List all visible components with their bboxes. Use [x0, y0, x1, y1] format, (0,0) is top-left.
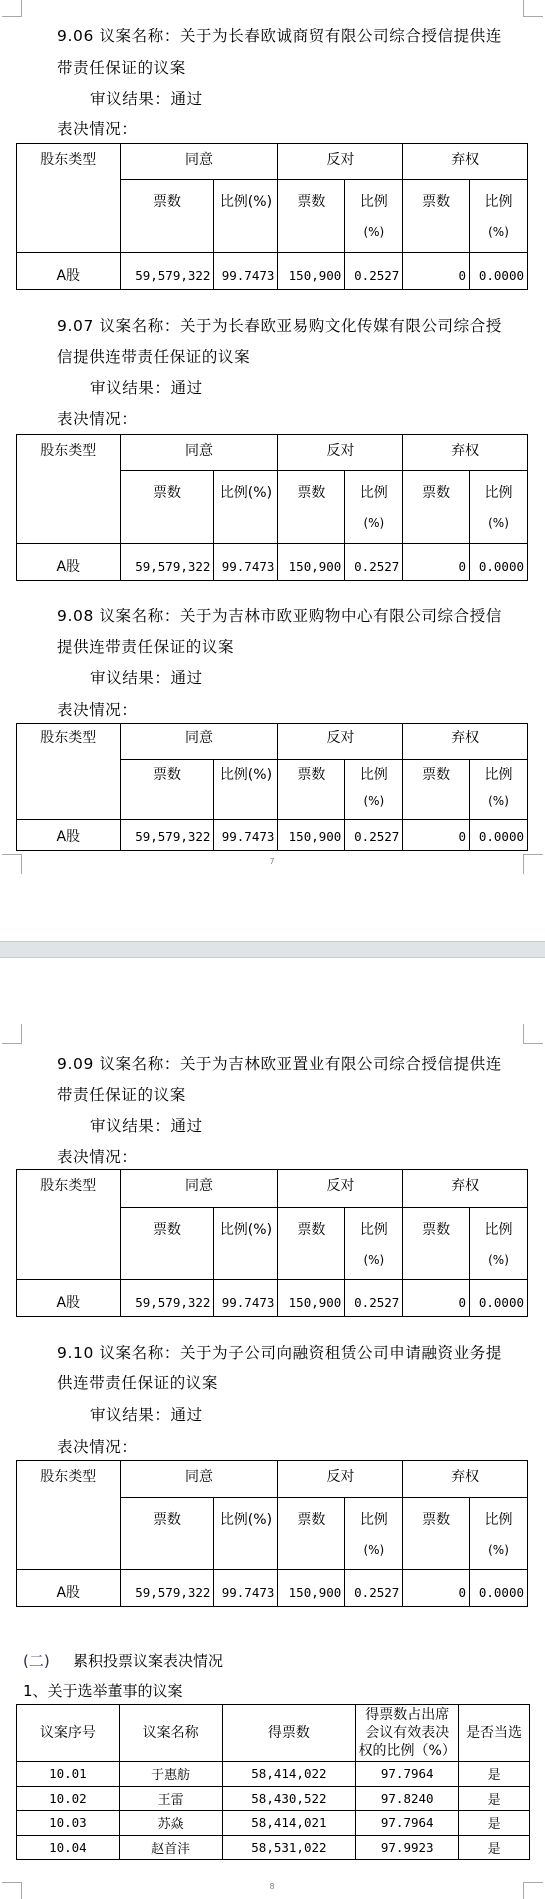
table-row: A股 59,579,322 99.7473 150,900 0.2527 0 0… [17, 820, 528, 851]
voting-label: 表决情况： [57, 119, 138, 139]
header-ratio: 比例(%) [345, 471, 403, 544]
ratio-label: 比例 [345, 187, 402, 217]
section-marker: (二) [23, 1651, 73, 1671]
proposal-title-line: 9.08 议案名称：关于为吉林市欧亚购物中心有限公司综合授信 [57, 606, 502, 626]
header-shareholder-type: 股东类型 [17, 435, 121, 544]
review-result: 审议结果：通过 [90, 668, 203, 688]
header-votes: 得票数 [222, 1705, 356, 1762]
header-ratio-line: 权的比例（%） [356, 1742, 458, 1760]
header-name: 议案名称 [119, 1705, 222, 1762]
header-abstain: 弃权 [403, 144, 528, 180]
cell-ratio: 97.9923 [356, 1835, 459, 1860]
ratio-label: 比例 [470, 187, 527, 217]
cell-votes: 58,414,022 [222, 1762, 356, 1787]
page-corner-mark [523, 1882, 543, 1899]
page-corner-mark [523, 854, 543, 874]
voting-label: 表决情况： [57, 1437, 138, 1457]
pct-label: (%) [470, 217, 527, 247]
page-corner-mark [2, 1024, 22, 1044]
cell-elected: 是 [459, 1762, 530, 1787]
page-number: 8 [262, 1882, 282, 1891]
cell-type: A股 [17, 1570, 121, 1607]
pct-label: (%) [470, 1245, 527, 1275]
header-ratio: 比例(%) [470, 1498, 528, 1570]
table-row: 10.02 王雷 58,430,522 97.8240 是 [17, 1786, 530, 1811]
cell-abstain-votes: 0 [403, 1280, 470, 1317]
header-oppose: 反对 [278, 1170, 403, 1208]
proposal-title-line: 供连带责任保证的议案 [57, 1373, 218, 1393]
ratio-label: 比例 [470, 1505, 527, 1535]
cell-elected: 是 [459, 1835, 530, 1860]
header-ratio: 比例(%) [214, 471, 278, 544]
header-oppose: 反对 [278, 724, 403, 760]
proposal-title-line: 9.09 议案名称：关于为吉林欧亚置业有限公司综合授信提供连 [57, 1054, 502, 1074]
cell-oppose-ratio: 0.2527 [345, 1280, 403, 1317]
cell-oppose-votes: 150,900 [278, 1570, 345, 1607]
header-abstain: 弃权 [403, 1170, 528, 1208]
cell-ratio: 97.7964 [356, 1762, 459, 1787]
cell-oppose-ratio: 0.2527 [345, 253, 403, 290]
voting-table: 股东类型 同意 反对 弃权 票数 比例(%) 票数 比例(%) 票数 比例(%)… [16, 1169, 528, 1317]
pct-label: (%) [470, 788, 527, 814]
cell-seq: 10.02 [17, 1786, 120, 1811]
cell-abstain-ratio: 0.0000 [470, 1570, 528, 1607]
cell-elected: 是 [459, 1811, 530, 1836]
cell-agree-votes: 59,579,322 [120, 253, 214, 290]
cell-oppose-ratio: 0.2527 [345, 820, 403, 851]
cell-agree-votes: 59,579,322 [120, 820, 214, 851]
table-row: 10.01 于惠舫 58,414,022 97.7964 是 [17, 1762, 530, 1787]
cell-agree-votes: 59,579,322 [120, 1280, 214, 1317]
header-shareholder-type: 股东类型 [17, 144, 121, 253]
ratio-label: 比例 [470, 1215, 527, 1245]
cell-votes: 58,430,522 [222, 1786, 356, 1811]
cell-agree-ratio: 99.7473 [214, 1280, 278, 1317]
page-corner-mark [2, 0, 22, 17]
header-agree: 同意 [120, 144, 278, 180]
review-result: 审议结果：通过 [90, 1405, 203, 1425]
ratio-label: 比例 [345, 1215, 402, 1245]
cell-name: 于惠舫 [119, 1762, 222, 1787]
cell-name: 王雷 [119, 1786, 222, 1811]
header-votes: 票数 [278, 1208, 345, 1280]
cell-seq: 10.04 [17, 1835, 120, 1860]
cell-name: 苏焱 [119, 1811, 222, 1836]
header-ratio: 比例(%) [214, 1208, 278, 1280]
section-title: 累积投票议案表决情况 [73, 1652, 223, 1670]
cell-ratio: 97.7964 [356, 1811, 459, 1836]
header-ratio: 比例(%) [345, 760, 403, 820]
header-ratio: 比例(%) [470, 760, 528, 820]
header-votes: 票数 [403, 760, 470, 820]
cell-agree-ratio: 99.7473 [214, 820, 278, 851]
page-corner-mark [2, 1882, 22, 1899]
proposal-title-line: 9.06 议案名称：关于为长春欧诚商贸有限公司综合授信提供连 [57, 26, 502, 46]
header-shareholder-type: 股东类型 [17, 1461, 121, 1570]
cell-abstain-votes: 0 [403, 544, 470, 581]
voting-label: 表决情况： [57, 700, 138, 720]
header-ratio: 比例(%) [214, 760, 278, 820]
page-number: 7 [262, 857, 282, 866]
proposal-title-line: 9.07 议案名称：关于为长春欧亚易购文化传媒有限公司综合授 [57, 316, 502, 336]
cell-agree-ratio: 99.7473 [214, 544, 278, 581]
cell-abstain-votes: 0 [403, 1570, 470, 1607]
cell-oppose-votes: 150,900 [278, 253, 345, 290]
cell-oppose-votes: 150,900 [278, 544, 345, 581]
cell-type: A股 [17, 253, 121, 290]
pct-label: (%) [345, 788, 402, 814]
pct-label: (%) [345, 508, 402, 538]
page-corner-mark [523, 0, 543, 17]
header-ratio: 比例(%) [345, 180, 403, 253]
header-shareholder-type: 股东类型 [17, 724, 121, 820]
ratio-label: 比例 [345, 762, 402, 788]
cell-elected: 是 [459, 1786, 530, 1811]
cell-oppose-votes: 150,900 [278, 1280, 345, 1317]
subsection-title: 1、关于选举董事的议案 [23, 1681, 183, 1701]
review-result: 审议结果：通过 [90, 89, 203, 109]
cell-oppose-ratio: 0.2527 [345, 1570, 403, 1607]
header-ratio: 比例(%) [470, 1208, 528, 1280]
cell-name: 赵首沣 [119, 1835, 222, 1860]
header-oppose: 反对 [278, 1461, 403, 1498]
proposal-title-line: 带责任保证的议案 [57, 1085, 186, 1105]
proposal-title-line: 带责任保证的议案 [57, 58, 186, 78]
cell-seq: 10.01 [17, 1762, 120, 1787]
header-votes: 票数 [403, 180, 470, 253]
header-ratio: 比例(%) [214, 1498, 278, 1570]
table-row: 10.03 苏焱 58,414,021 97.7964 是 [17, 1811, 530, 1836]
header-votes: 票数 [403, 471, 470, 544]
header-agree: 同意 [120, 1461, 278, 1498]
ratio-label: 比例 [345, 478, 402, 508]
cell-oppose-ratio: 0.2527 [345, 544, 403, 581]
cell-agree-votes: 59,579,322 [120, 544, 214, 581]
director-election-table: 议案序号 议案名称 得票数 得票数占出席 会议有效表决 权的比例（%） 是否当选… [16, 1704, 530, 1860]
cell-agree-ratio: 99.7473 [214, 1570, 278, 1607]
header-votes: 票数 [120, 760, 214, 820]
header-votes: 票数 [278, 760, 345, 820]
voting-table: 股东类型 同意 反对 弃权 票数 比例(%) 票数 比例(%) 票数 比例(%)… [16, 1460, 528, 1607]
header-ratio: 得票数占出席 会议有效表决 权的比例（%） [356, 1705, 459, 1762]
cell-votes: 58,531,022 [222, 1835, 356, 1860]
pct-label: (%) [345, 1535, 402, 1565]
page-corner-mark [2, 854, 22, 874]
voting-table: 股东类型 同意 反对 弃权 票数 比例(%) 票数 比例(%) 票数 比例(%)… [16, 143, 528, 290]
header-votes: 票数 [278, 471, 345, 544]
ratio-label: 比例 [470, 478, 527, 508]
pct-label: (%) [470, 508, 527, 538]
header-ratio: 比例(%) [214, 180, 278, 253]
header-votes: 票数 [120, 471, 214, 544]
header-ratio-line: 会议有效表决 [356, 1724, 458, 1742]
header-elected: 是否当选 [459, 1705, 530, 1762]
cell-abstain-votes: 0 [403, 820, 470, 851]
header-ratio: 比例(%) [345, 1208, 403, 1280]
voting-label: 表决情况： [57, 409, 138, 429]
cell-abstain-ratio: 0.0000 [470, 820, 528, 851]
proposal-title-line: 9.10 议案名称：关于为子公司向融资租赁公司申请融资业务提 [57, 1343, 502, 1363]
table-row: A股 59,579,322 99.7473 150,900 0.2527 0 0… [17, 253, 528, 290]
header-abstain: 弃权 [403, 435, 528, 471]
header-agree: 同意 [120, 724, 278, 760]
pct-label: (%) [345, 217, 402, 247]
header-agree: 同意 [120, 1170, 278, 1208]
header-agree: 同意 [120, 435, 278, 471]
cell-agree-votes: 59,579,322 [120, 1570, 214, 1607]
table-row: A股 59,579,322 99.7473 150,900 0.2527 0 0… [17, 544, 528, 581]
header-votes: 票数 [403, 1208, 470, 1280]
cell-agree-ratio: 99.7473 [214, 253, 278, 290]
ratio-label: 比例 [345, 1505, 402, 1535]
header-ratio-line: 得票数占出席 [356, 1706, 458, 1724]
cell-type: A股 [17, 1280, 121, 1317]
header-ratio: 比例(%) [470, 471, 528, 544]
header-votes: 票数 [403, 1498, 470, 1570]
header-ratio: 比例(%) [470, 180, 528, 253]
review-result: 审议结果：通过 [90, 1116, 203, 1136]
page-corner-mark [523, 1024, 543, 1044]
proposal-title-line: 提供连带责任保证的议案 [57, 637, 234, 657]
pct-label: (%) [470, 1535, 527, 1565]
cell-ratio: 97.8240 [356, 1786, 459, 1811]
header-votes: 票数 [120, 180, 214, 253]
cell-seq: 10.03 [17, 1811, 120, 1836]
proposal-title-line: 信提供连带责任保证的议案 [57, 347, 250, 367]
cell-abstain-votes: 0 [403, 253, 470, 290]
header-votes: 票数 [120, 1498, 214, 1570]
cell-abstain-ratio: 0.0000 [470, 1280, 528, 1317]
pct-label: (%) [345, 1245, 402, 1275]
page-separator [0, 941, 545, 958]
section-heading: (二)累积投票议案表决情况 [23, 1651, 223, 1671]
cell-oppose-votes: 150,900 [278, 820, 345, 851]
ratio-label: 比例 [470, 762, 527, 788]
header-abstain: 弃权 [403, 1461, 528, 1498]
header-oppose: 反对 [278, 435, 403, 471]
header-ratio: 比例(%) [345, 1498, 403, 1570]
voting-table: 股东类型 同意 反对 弃权 票数 比例(%) 票数 比例(%) 票数 比例(%)… [16, 434, 528, 581]
table-row: A股 59,579,322 99.7473 150,900 0.2527 0 0… [17, 1280, 528, 1317]
header-oppose: 反对 [278, 144, 403, 180]
voting-table: 股东类型 同意 反对 弃权 票数 比例(%) 票数 比例(%) 票数 比例(%)… [16, 723, 528, 851]
header-votes: 票数 [278, 1498, 345, 1570]
cell-type: A股 [17, 544, 121, 581]
voting-label: 表决情况： [57, 1147, 138, 1167]
header-votes: 票数 [278, 180, 345, 253]
cell-type: A股 [17, 820, 121, 851]
table-row: 10.04 赵首沣 58,531,022 97.9923 是 [17, 1835, 530, 1860]
cell-abstain-ratio: 0.0000 [470, 544, 528, 581]
header-shareholder-type: 股东类型 [17, 1170, 121, 1280]
table-row: A股 59,579,322 99.7473 150,900 0.2527 0 0… [17, 1570, 528, 1607]
header-seq: 议案序号 [17, 1705, 120, 1762]
cell-abstain-ratio: 0.0000 [470, 253, 528, 290]
cell-votes: 58,414,021 [222, 1811, 356, 1836]
review-result: 审议结果：通过 [90, 378, 203, 398]
header-votes: 票数 [120, 1208, 214, 1280]
header-abstain: 弃权 [403, 724, 528, 760]
